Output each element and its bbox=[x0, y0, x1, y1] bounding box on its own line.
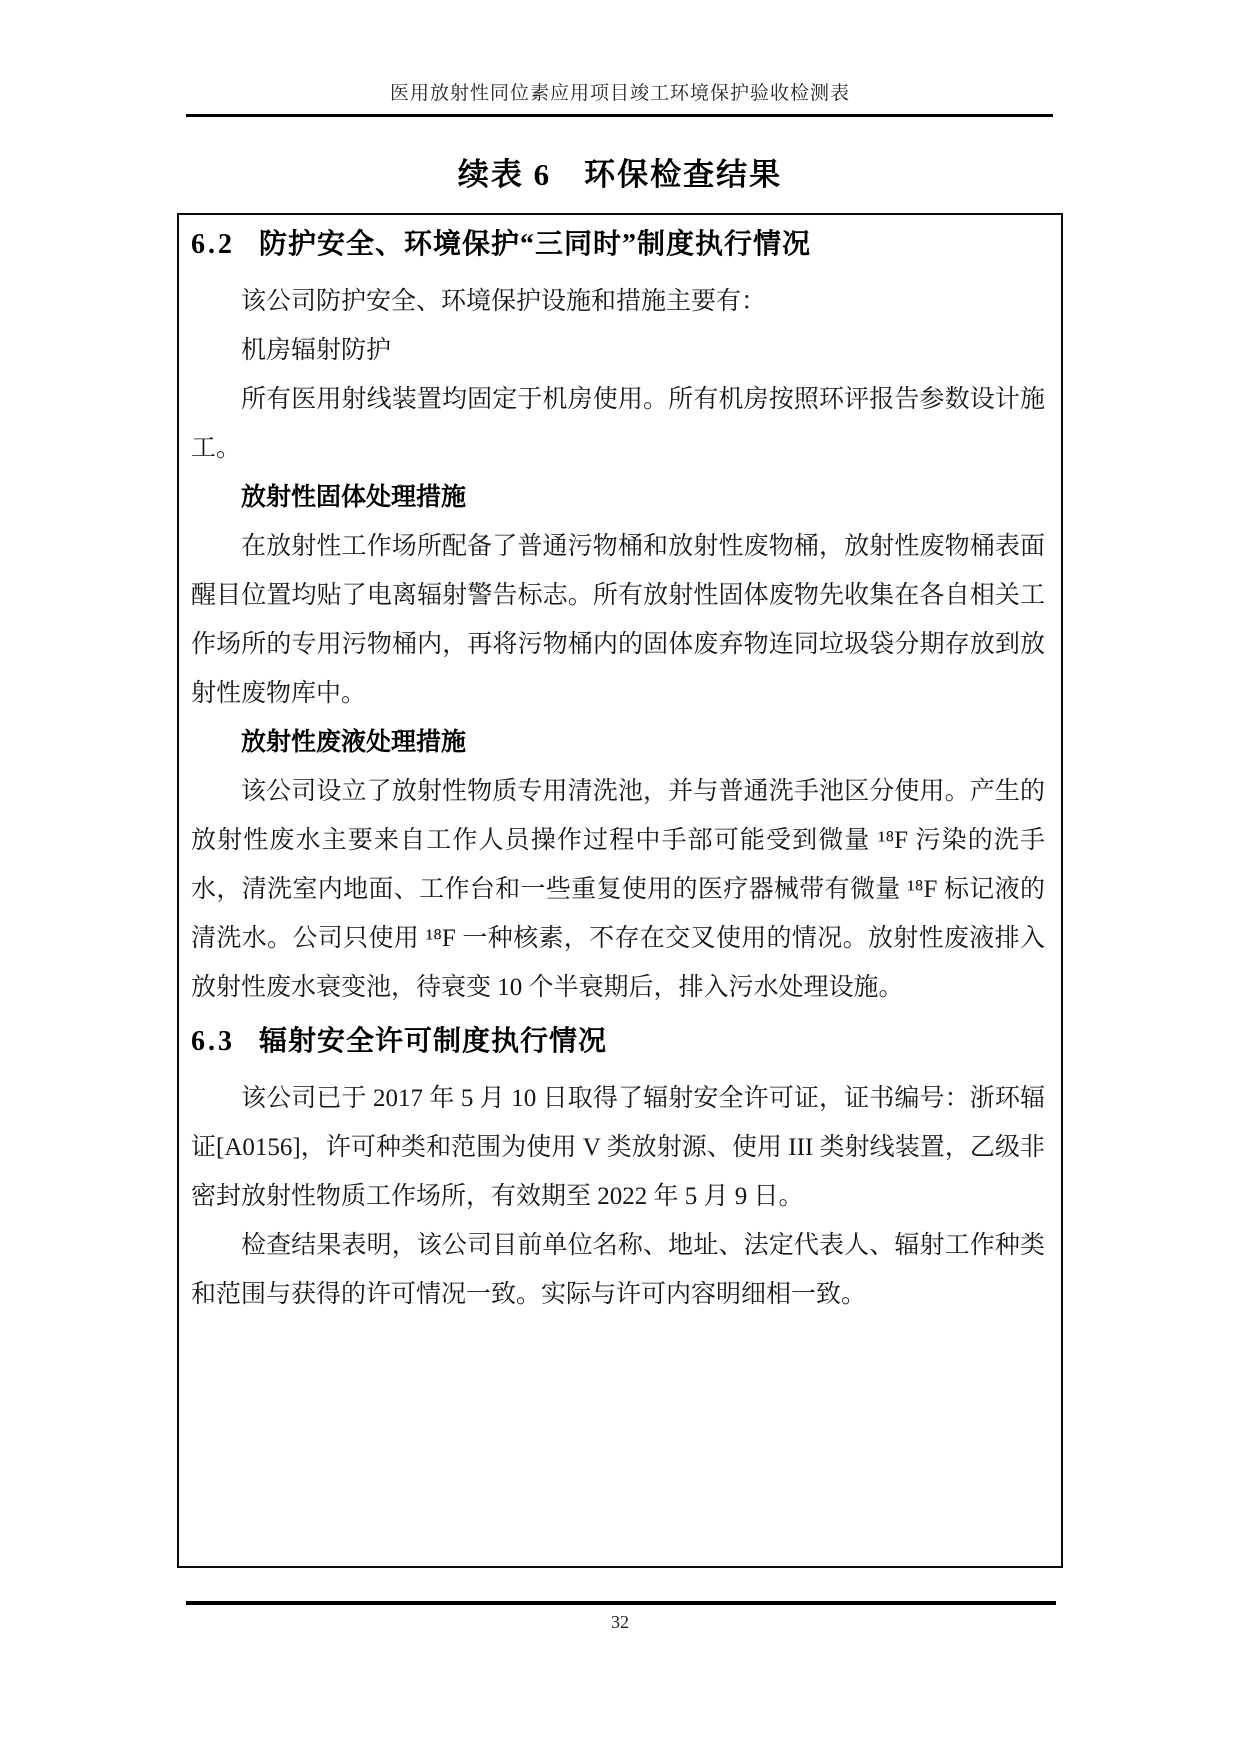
footer-rule-divider bbox=[186, 1601, 1056, 1605]
paragraph: 所有医用射线装置均固定于机房使用。所有机房按照环评报告参数设计施工。 bbox=[191, 375, 1045, 473]
paragraph: 该公司已于 2017 年 5 月 10 日取得了辐射安全许可证，证书编号：浙环辐… bbox=[191, 1074, 1045, 1221]
page-number: 32 bbox=[0, 1612, 1240, 1633]
section-heading-6-3: 6.3辐射安全许可制度执行情况 bbox=[191, 1024, 1045, 1060]
section-heading-6-2: 6.2防护安全、环境保护“三同时”制度执行情况 bbox=[191, 227, 1045, 263]
paragraph: 该公司设立了放射性物质专用清洗池，并与普通洗手池区分使用。产生的放射性废水主要来… bbox=[191, 767, 1045, 1012]
section-title: 防护安全、环境保护“三同时”制度执行情况 bbox=[259, 229, 811, 260]
content-box: 6.2防护安全、环境保护“三同时”制度执行情况 该公司防护安全、环境保护设施和措… bbox=[177, 213, 1063, 1568]
header-rule-divider bbox=[186, 114, 1053, 117]
section-title: 辐射安全许可制度执行情况 bbox=[259, 1026, 607, 1057]
running-header: 医用放射性同位素应用项目竣工环境保护验收检测表 bbox=[0, 82, 1240, 105]
subheading-liquid-waste: 放射性废液处理措施 bbox=[191, 718, 1045, 767]
page-title: 续表 6 环保检查结果 bbox=[0, 149, 1240, 194]
section-number: 6.2 bbox=[191, 229, 235, 260]
subheading-solid-waste: 放射性固体处理措施 bbox=[191, 473, 1045, 522]
paragraph: 检查结果表明，该公司目前单位名称、地址、法定代表人、辐射工作种类和范围与获得的许… bbox=[191, 1221, 1045, 1319]
section-number: 6.3 bbox=[191, 1026, 235, 1057]
paragraph: 该公司防护安全、环境保护设施和措施主要有： bbox=[191, 277, 1045, 326]
document-page: 医用放射性同位素应用项目竣工环境保护验收检测表 续表 6 环保检查结果 6.2防… bbox=[0, 0, 1240, 1754]
paragraph: 在放射性工作场所配备了普通污物桶和放射性废物桶，放射性废物桶表面醒目位置均贴了电… bbox=[191, 522, 1045, 718]
paragraph: 机房辐射防护 bbox=[191, 326, 1045, 375]
